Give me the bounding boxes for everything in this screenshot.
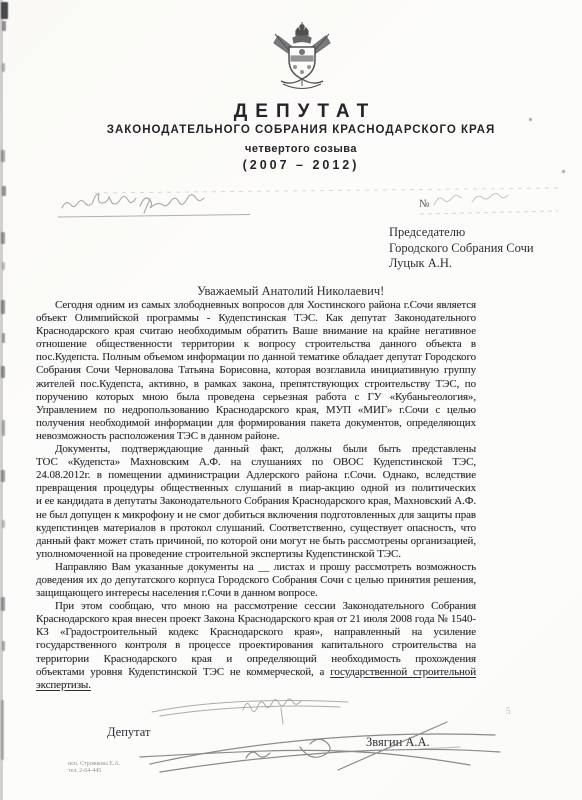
addressee-block: Председателю Городского Собрания Сочи Лу… bbox=[389, 225, 534, 272]
executor-name: исп. Строжкова Е.А. bbox=[68, 761, 120, 768]
dashed-rule bbox=[95, 188, 560, 193]
body-line: доведения их до депутатского корпуса Гор… bbox=[36, 574, 476, 587]
body-line: кудепстинцев материалов в протокол слуша… bbox=[36, 522, 476, 535]
addressee-line: Городского Собрания Сочи bbox=[389, 241, 534, 257]
body-line: Направляю Вам указанные документы на __ … bbox=[36, 561, 476, 574]
body-line: объект Олимпийской программы - Кудепстин… bbox=[36, 312, 476, 325]
number-underline bbox=[420, 211, 558, 214]
body-line: государственного контроля в процессе про… bbox=[36, 639, 476, 652]
body-line: поручению которых мною была проведена се… bbox=[36, 391, 476, 404]
body-line: жителей пос.Кудепста, активно, в рамках … bbox=[36, 378, 476, 391]
body-line: экспертизы. bbox=[36, 679, 476, 692]
handwritten-number bbox=[434, 194, 508, 206]
body-line: ТОС «Кудепста» Махновским А.Ф. на слушан… bbox=[36, 456, 476, 469]
page-number: 5 bbox=[506, 706, 511, 716]
body-line: превращения процедуры общественных слуша… bbox=[36, 482, 476, 495]
letterhead-convocation: четвертого созыва bbox=[110, 143, 492, 155]
body-line: не был допущен к микрофону и не смог доб… bbox=[36, 509, 476, 522]
body-line: Краснодарского края считаю необходимым о… bbox=[36, 325, 476, 338]
executor-note: исп. Строжкова Е.А. тел. 2-64-445 bbox=[68, 761, 120, 775]
body-line: защищающего интересы населения г.Сочи в … bbox=[36, 587, 476, 600]
body-line: Сегодня одним из самых злободневных вопр… bbox=[36, 299, 476, 312]
executor-phone: тел. 2-64-445 bbox=[68, 768, 120, 775]
reference-number-label: № bbox=[419, 198, 430, 210]
letter-body: Сегодня одним из самых злободневных вопр… bbox=[36, 299, 476, 692]
body-line: При этом сообщаю, что мною на рассмотрен… bbox=[36, 600, 476, 613]
signature-scrawl bbox=[140, 722, 500, 772]
handwritten-date bbox=[62, 194, 204, 213]
letterhead-title: ДЕПУТАТ bbox=[110, 101, 492, 123]
body-line: территории Краснодарского края и определ… bbox=[36, 653, 476, 666]
body-line: Документы, подтверждающие данный факт, д… bbox=[36, 443, 476, 456]
body-line: уполномоченной на проведение строительно… bbox=[36, 548, 476, 561]
body-line: Управлением по недропользованию Краснода… bbox=[36, 404, 476, 417]
body-line: 24.08.2012г. в помещении администрации А… bbox=[36, 469, 476, 482]
body-line: и ее кандидата в депутаты Законодательно… bbox=[36, 495, 476, 508]
body-line: КЗ «Градостроительный кодекс Краснодарск… bbox=[36, 626, 476, 639]
scan-edge-strip bbox=[0, 0, 3, 800]
date-underline bbox=[58, 215, 250, 218]
body-line: Краснодарского края внесен проект Закона… bbox=[36, 613, 476, 626]
body-line: невозможность расположения ТЭС в данном … bbox=[36, 430, 476, 443]
body-line: Собрания Сочи Черновалова Татьяна Борисо… bbox=[36, 364, 476, 377]
signature-name: Звягин А.А. bbox=[366, 735, 430, 750]
body-line: пос.Кудепста. Полным объемом информации … bbox=[36, 351, 476, 364]
body-line: данный факт может стать причиной, по кот… bbox=[36, 535, 476, 548]
body-line: объектами уровня Кудепстинской ТЭС не ко… bbox=[36, 666, 476, 679]
addressee-line: Луцык А.Н. bbox=[389, 256, 534, 272]
letterhead-subtitle: ЗАКОНОДАТЕЛЬНОГО СОБРАНИЯ КРАСНОДАРСКОГО… bbox=[50, 124, 552, 136]
handwritten-flourish bbox=[152, 699, 348, 724]
letterhead-years: (2007 – 2012) bbox=[110, 158, 492, 172]
signature-position: Депутат bbox=[107, 725, 150, 740]
addressee-line: Председателю bbox=[389, 225, 534, 241]
body-line: получения необходимой информации для фор… bbox=[36, 417, 476, 430]
body-line: отношение общественности территории к во… bbox=[36, 338, 476, 351]
salutation: Уважаемый Анатолий Николаевич! bbox=[197, 284, 384, 299]
scanned-letter-page: ДЕПУТАТ ЗАКОНОДАТЕЛЬНОГО СОБРАНИЯ КРАСНО… bbox=[0, 0, 582, 800]
krasnodar-krai-coat-of-arms-icon bbox=[269, 22, 335, 94]
